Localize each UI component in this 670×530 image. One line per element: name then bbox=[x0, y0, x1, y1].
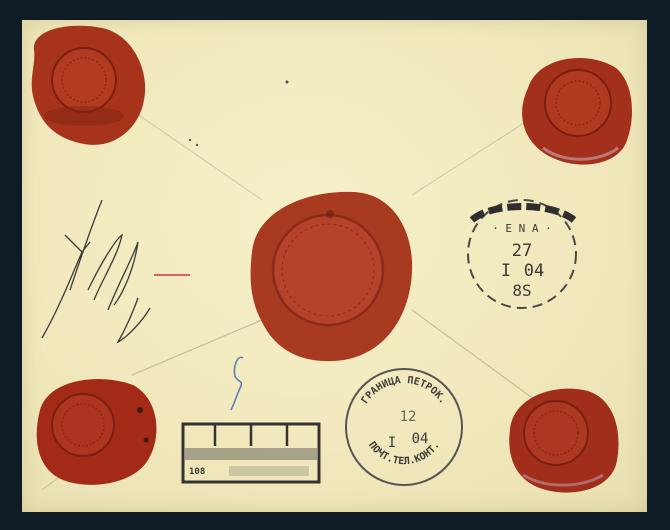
postmark-bottom-month: I bbox=[388, 435, 396, 451]
wax-seal-bottom-left bbox=[28, 370, 163, 490]
postmark-right-year: 04 bbox=[524, 261, 544, 281]
postmark-bottom-year: 04 bbox=[412, 431, 429, 447]
wax-seal-top-right bbox=[508, 48, 638, 173]
postmark-right-place: · E N A · bbox=[492, 222, 552, 235]
svg-text:ПОЧТ.ТЕЛ.КОНТ.: ПОЧТ.ТЕЛ.КОНТ. bbox=[366, 440, 442, 467]
registration-cachet: 108 bbox=[179, 418, 323, 486]
wax-seal-top-left bbox=[22, 20, 152, 152]
postmark-bottom-day: 12 bbox=[400, 409, 417, 425]
svg-text:ГРАНИЦА ПЕТРОК.: ГРАНИЦА ПЕТРОК. bbox=[360, 375, 449, 406]
wax-seal-bottom-right bbox=[498, 375, 628, 500]
postmark-right-month: I bbox=[501, 261, 511, 281]
postmark-right-day: 27 bbox=[512, 241, 532, 261]
registration-number: 108 bbox=[189, 467, 205, 477]
envelope: 3 · E N A · 27 I 04 8S ГРАНИЦА ПЕТРОК. П… bbox=[22, 20, 647, 512]
postmark-bottom-bottom-text: ПОЧТ.ТЕЛ.КОНТ. bbox=[366, 440, 442, 467]
pencil-signature bbox=[30, 180, 160, 350]
postmark-right-code: 8S bbox=[512, 281, 531, 300]
wax-seal-center bbox=[244, 182, 419, 367]
postmark-bottom-top-text: ГРАНИЦА ПЕТРОК. bbox=[360, 375, 449, 406]
postmark-right-circular: · E N A · 27 I 04 8S bbox=[462, 192, 582, 317]
postmark-border-control: ГРАНИЦА ПЕТРОК. ПОЧТ.ТЕЛ.КОНТ. 12 I 04 bbox=[342, 365, 466, 489]
